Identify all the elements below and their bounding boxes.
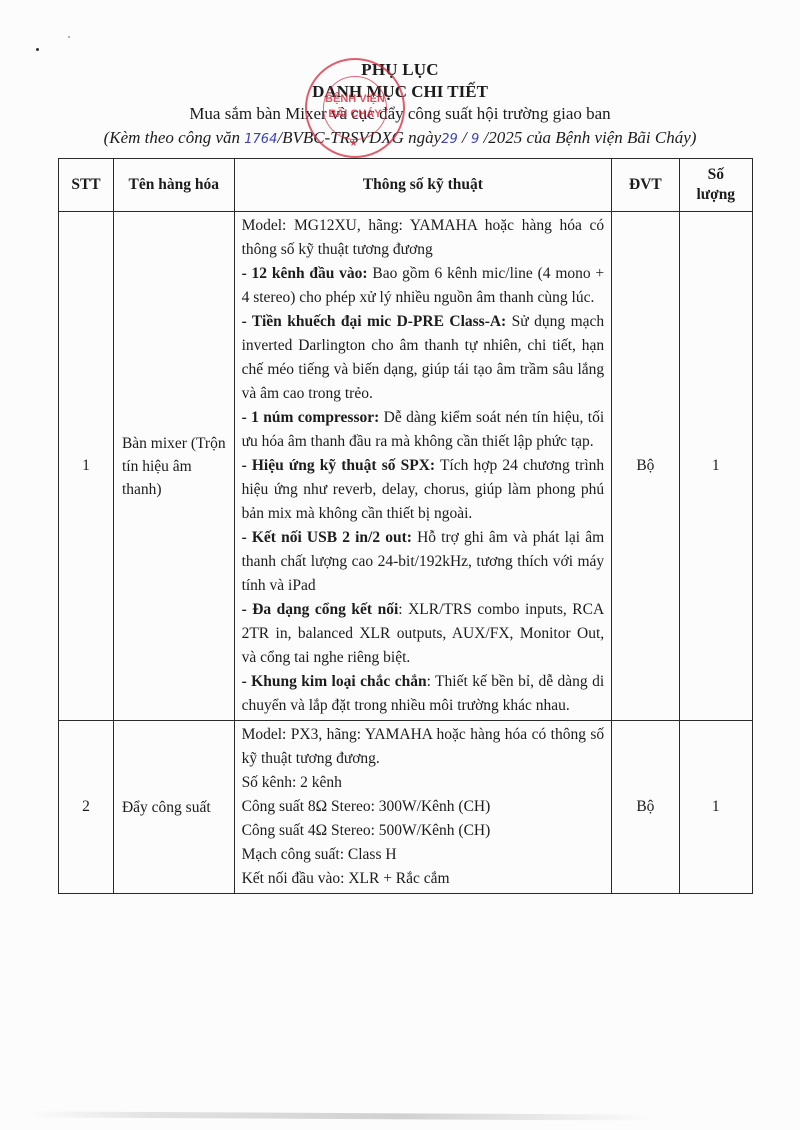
spec-feature-label: - 1 núm compressor:: [242, 409, 380, 426]
spec-line: - Khung kim loại chắc chắn: Thiết kế bền…: [242, 670, 605, 718]
header-qty-line1: Số: [708, 166, 724, 183]
header-qty-line2: lượng: [697, 186, 736, 203]
document-title: PHỤ LỤC: [0, 60, 800, 80]
spec-line: - Đa dạng cổng kết nối: XLR/TRS combo in…: [242, 598, 605, 670]
spec-feature-label: - Tiền khuếch đại mic D-PRE Class-A:: [242, 313, 507, 330]
spec-line: Mạch công suất: Class H: [242, 843, 605, 867]
cell-unit: Bộ: [612, 212, 679, 721]
reference-sep: /: [458, 128, 471, 147]
table-row: 1Bàn mixer (Trộn tín hiệu âm thanh)Model…: [59, 212, 753, 721]
header-spec: Thông số kỹ thuật: [234, 159, 612, 212]
spec-line: Kết nối đầu vào: XLR + Rắc cắm: [242, 867, 605, 891]
table-header-row: STT Tên hàng hóa Thông số kỹ thuật ĐVT S…: [59, 159, 753, 212]
header-qty: Số lượng: [679, 159, 752, 212]
cell-spec: Model: PX3, hãng: YAMAHA hoặc hàng hóa c…: [234, 721, 612, 894]
header-name: Tên hàng hóa: [113, 159, 234, 212]
cell-stt: 1: [59, 212, 114, 721]
handwritten-day: 29: [441, 132, 458, 147]
spec-text: Model: MG12XU, hãng: YAMAHA hoặc hàng hó…: [242, 217, 605, 258]
document-subtitle: DANH MỤC CHI TIẾT: [0, 82, 800, 102]
spec-line: Model: MG12XU, hãng: YAMAHA hoặc hàng hó…: [242, 214, 605, 262]
handwritten-number: 1764: [244, 132, 277, 147]
handwritten-month: 9: [471, 132, 479, 147]
items-table: STT Tên hàng hóa Thông số kỹ thuật ĐVT S…: [58, 158, 753, 894]
spec-line: Công suất 8Ω Stereo: 300W/Kênh (CH): [242, 795, 605, 819]
header-stt: STT: [59, 159, 114, 212]
spec-text: Model: PX3, hãng: YAMAHA hoặc hàng hóa c…: [242, 726, 605, 767]
spec-text: Kết nối đầu vào: XLR + Rắc cắm: [242, 870, 450, 887]
spec-line: Số kênh: 2 kênh: [242, 771, 605, 795]
scan-speck: [36, 48, 39, 51]
spec-line: - Kết nối USB 2 in/2 out: Hỗ trợ ghi âm …: [242, 526, 605, 598]
header-unit: ĐVT: [612, 159, 679, 212]
scan-speck: [68, 36, 70, 38]
reference-prefix: (Kèm theo công văn: [104, 128, 245, 147]
spec-line: Model: PX3, hãng: YAMAHA hoặc hàng hóa c…: [242, 723, 605, 771]
spec-feature-label: - Đa dạng cổng kết nối: [242, 601, 399, 618]
spec-feature-label: - Khung kim loại chắc chắn: [242, 673, 427, 690]
spec-text: Số kênh: 2 kênh: [242, 774, 342, 791]
scan-artifact: [30, 1111, 650, 1120]
cell-spec: Model: MG12XU, hãng: YAMAHA hoặc hàng hó…: [234, 212, 612, 721]
table-row: 2Đẩy công suấtModel: PX3, hãng: YAMAHA h…: [59, 721, 753, 894]
cell-stt: 2: [59, 721, 114, 894]
spec-line: - Tiền khuếch đại mic D-PRE Class-A: Sử …: [242, 310, 605, 406]
document-description: Mua sắm bàn Mixer và cục đẩy công suất h…: [0, 104, 800, 124]
spec-text: Công suất 4Ω Stereo: 500W/Kênh (CH): [242, 822, 491, 839]
spec-line: - 12 kênh đầu vào: Bao gồm 6 kênh mic/li…: [242, 262, 605, 310]
spec-line: Công suất 4Ω Stereo: 500W/Kênh (CH): [242, 819, 605, 843]
cell-name: Đẩy công suất: [113, 721, 234, 894]
spec-text: Mạch công suất: Class H: [242, 846, 397, 863]
spec-text: Công suất 8Ω Stereo: 300W/Kênh (CH): [242, 798, 491, 815]
spec-feature-label: - Hiệu ứng kỹ thuật số SPX:: [242, 457, 436, 474]
reference-suffix: /2025 của Bệnh viện Bãi Cháy): [479, 128, 696, 147]
spec-feature-label: - Kết nối USB 2 in/2 out:: [242, 529, 412, 546]
spec-line: - 1 núm compressor: Dễ dàng kiểm soát né…: [242, 406, 605, 454]
reference-code: /BVBC-TRSVDXG ngày: [277, 128, 441, 147]
spec-feature-label: - 12 kênh đầu vào:: [242, 265, 368, 282]
cell-name: Bàn mixer (Trộn tín hiệu âm thanh): [113, 212, 234, 721]
cell-qty: 1: [679, 721, 752, 894]
document-reference: (Kèm theo công văn 1764/BVBC-TRSVDXG ngà…: [0, 128, 800, 148]
spec-line: - Hiệu ứng kỹ thuật số SPX: Tích hợp 24 …: [242, 454, 605, 526]
cell-unit: Bộ: [612, 721, 679, 894]
cell-qty: 1: [679, 212, 752, 721]
